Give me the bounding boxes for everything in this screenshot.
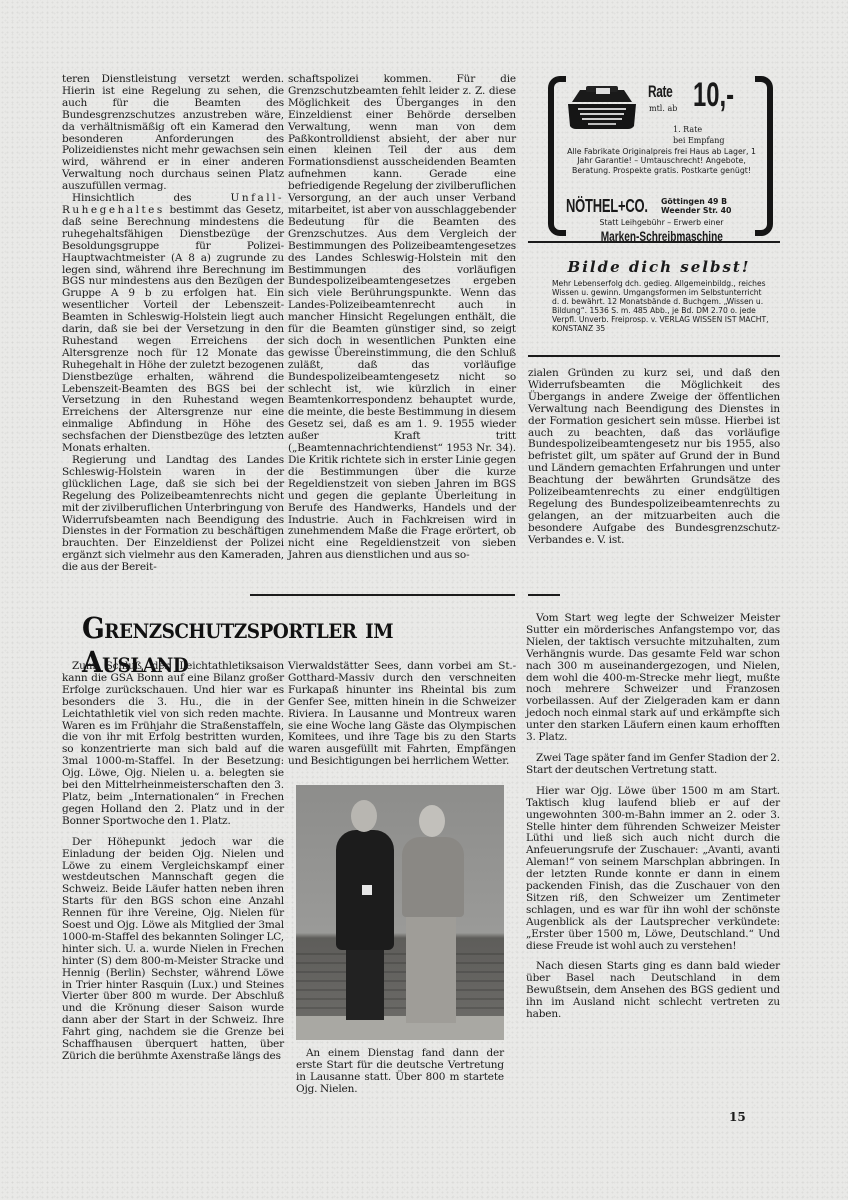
- rate-sub: mtl. ab: [649, 104, 677, 113]
- athlete-right: [402, 837, 464, 917]
- ad-tagline: Statt Leihgebühr – Erwerb einer: [566, 218, 757, 227]
- article-bottom-column-3: Vom Start weg legte der Schweizer Meiste…: [526, 613, 780, 1021]
- rate-label: Rate: [648, 82, 672, 102]
- rate-amount: 10,-: [693, 76, 734, 115]
- paragraph: Hier war Ojg. Löwe über 1500 m am Start.…: [526, 786, 780, 953]
- paragraph: Der Höhepunkt jedoch war die Einladung d…: [62, 837, 284, 1063]
- end-divider: [528, 594, 560, 596]
- paragraph: schaftspolizei kommen. Für die Grenzschu…: [288, 74, 516, 562]
- ground: [296, 1016, 504, 1040]
- brick-wall: [296, 950, 504, 1018]
- athlete-badge: [362, 885, 372, 895]
- paragraph: Zwei Tage später fand im Genfer Stadion …: [526, 753, 780, 777]
- paragraph: Nach diesen Starts ging es dann bald wie…: [526, 961, 780, 1021]
- article-bottom-column-1: Zum Schluß der Leichtathletiksaison kann…: [62, 661, 284, 1063]
- divider: [528, 241, 780, 243]
- ad-body: Mehr Lebenserfolg dch. gedieg. Allgemein…: [548, 280, 770, 333]
- paragraph: Vom Start weg legte der Schweizer Meiste…: [526, 613, 780, 744]
- paragraph: Hinsichtlich des Unfall-Ruhegehaltes bes…: [62, 193, 284, 455]
- athlete-left: [346, 945, 384, 1020]
- photo-caption: An einem Dienstag fand dann der erste St…: [296, 1048, 504, 1096]
- paragraph: Regierung und Landtag des Landes Schlesw…: [62, 455, 284, 574]
- athletes-photo: [296, 785, 504, 1040]
- paragraph: teren Dienstleistung versetzt werden. Hi…: [62, 74, 284, 193]
- athlete-right-head: [419, 805, 445, 837]
- book-advertisement: Bilde dich selbst! Mehr Lebenserfolg dch…: [548, 258, 770, 333]
- section-divider: [250, 594, 515, 596]
- article-top-column-1: teren Dienstleistung versetzt werden. Hi…: [62, 74, 284, 574]
- article-top-column-3: zialen Gründen zu kurz sei, und daß den …: [528, 368, 780, 547]
- company-name: NÖTHEL+CO.: [566, 196, 648, 217]
- divider: [528, 355, 780, 357]
- paragraph: Zum Schluß der Leichtathletiksaison kann…: [62, 661, 284, 828]
- company-address: Göttingen 49 B Weender Str. 40: [661, 197, 731, 216]
- ad-bracket-left: [548, 76, 566, 236]
- athlete-right: [406, 915, 456, 1023]
- article-bottom-column-2: Vierwaldstätter Sees, dann vorbei am St.…: [288, 661, 516, 768]
- ad-title: Bilde dich selbst!: [548, 258, 770, 276]
- ad-bracket-right: [755, 76, 773, 236]
- first-rate-note: 1. Rate bei Empfang: [673, 124, 725, 146]
- paragraph: zialen Gründen zu kurz sei, und daß den …: [528, 368, 780, 547]
- typewriter-icon: [566, 84, 638, 130]
- athlete-left-head: [351, 800, 377, 832]
- paragraph: Vierwaldstätter Sees, dann vorbei am St.…: [288, 661, 516, 768]
- article-top-column-2: schaftspolizei kommen. Für die Grenzschu…: [288, 74, 516, 562]
- page-number: 15: [729, 1110, 746, 1124]
- typewriter-advertisement: Rate mtl. ab 10,- 1. Rate bei Empfang Al…: [548, 76, 773, 236]
- ad-body: Alle Fabrikate Originalpreis frei Haus a…: [566, 147, 757, 175]
